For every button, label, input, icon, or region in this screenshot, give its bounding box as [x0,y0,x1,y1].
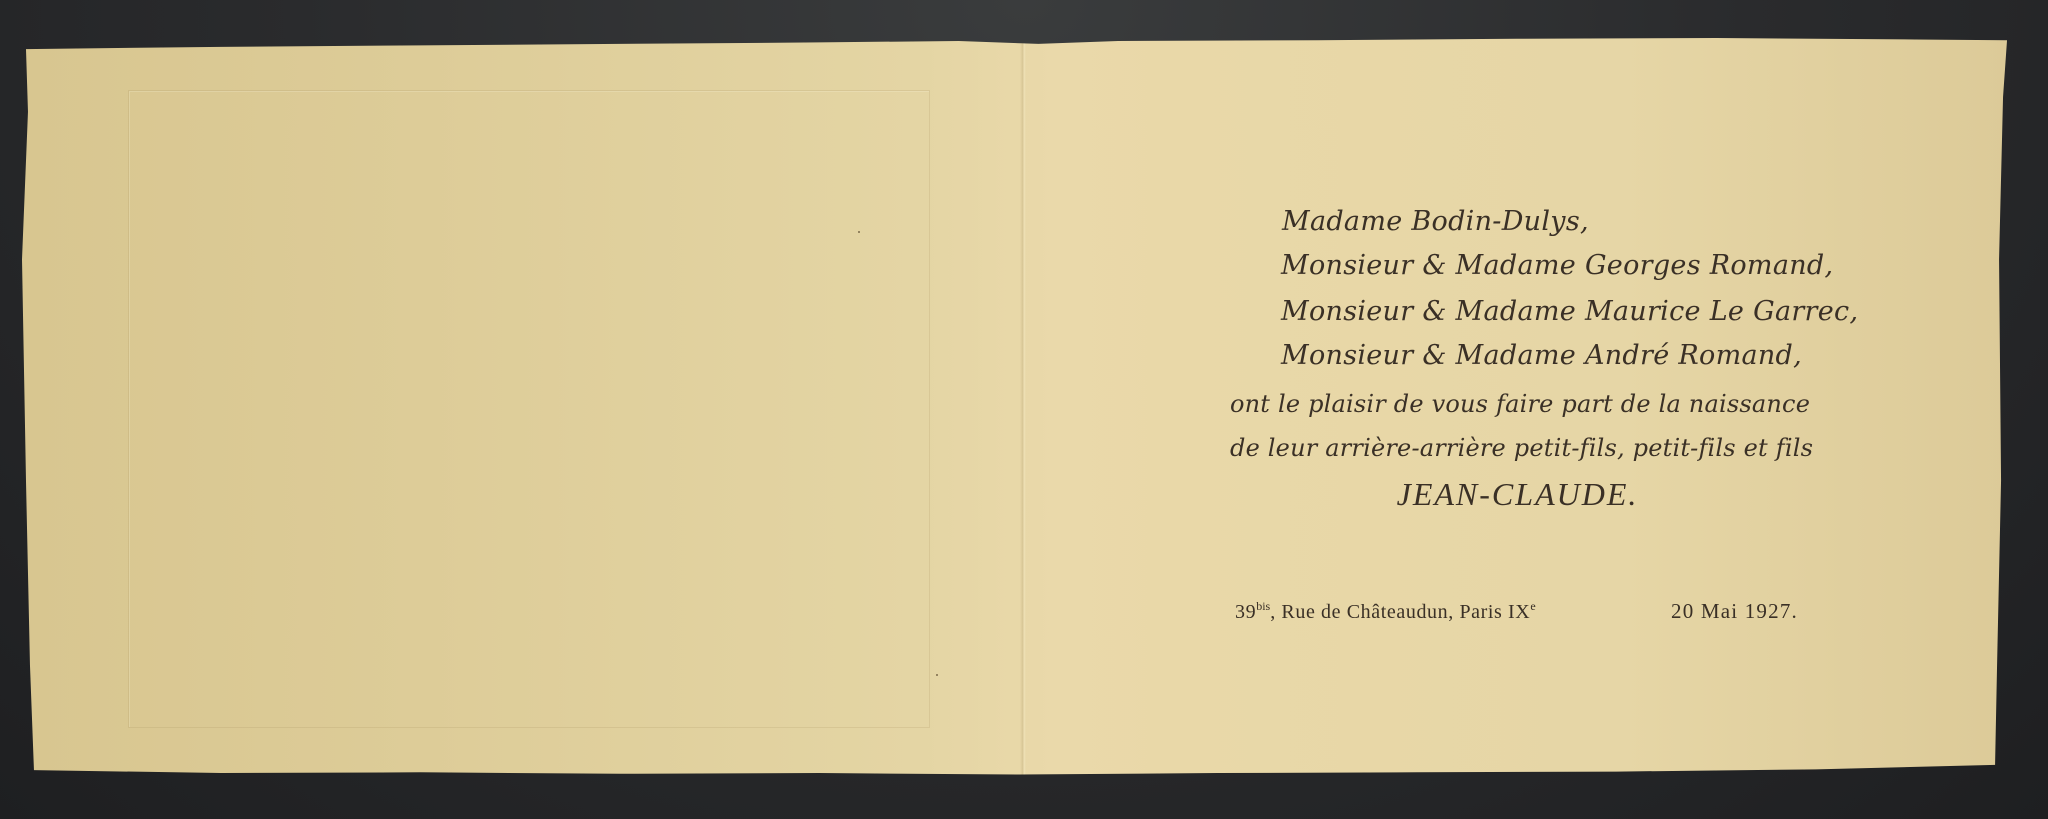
paper-speck [936,674,938,676]
footer-date: 20 Mai 1927. [1671,599,1798,624]
address-number: 39 [1235,601,1256,623]
name-line: Madame Bodin-Dulys, [1282,206,1589,237]
name-line: Monsieur & Madame André Romand, [1281,340,1802,371]
right-panel-text: Madame Bodin-Dulys, Monsieur & Madame Ge… [1026,38,2015,776]
announcement-line: ont le plaisir de vous faire part de la … [1230,390,1805,418]
embossed-border [128,90,930,728]
name-line: Monsieur & Madame Georges Romand, [1281,250,1833,281]
announcement-text: Madame Bodin-Dulys, Monsieur & Madame Ge… [1026,38,2015,776]
name-line: Monsieur & Madame Maurice Le Garrec, [1281,296,1858,327]
footer-address: 39bis, Rue de Châteaudun, Paris IXe [1235,599,1536,624]
address-street: , Rue de Châteaudun, Paris IX [1270,601,1530,623]
arrondissement-superscript: e [1530,599,1535,613]
address-superscript: bis [1256,599,1270,613]
left-panel-blank [22,38,1020,776]
announcement-card: Madame Bodin-Dulys, Monsieur & Madame Ge… [22,38,2015,776]
announcement-line: de leur arrière-arrière petit-fils, peti… [1230,434,1805,462]
paper-speck [858,231,860,233]
baby-name: JEAN-CLAUDE. [1230,476,1805,513]
